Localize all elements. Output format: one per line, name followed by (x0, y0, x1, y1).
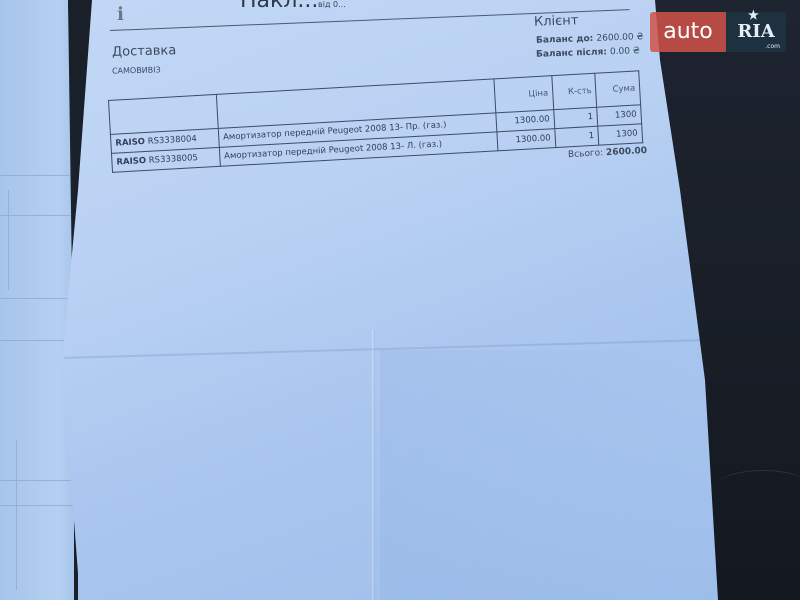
client-label: Клієнт (534, 13, 579, 30)
invoice-title: Накл... (240, 0, 318, 13)
watermark-ria-text: RIA (737, 21, 774, 42)
delivery-value: самовивіз (112, 65, 161, 75)
seat-seam (718, 470, 800, 500)
header-qty: К-сть (552, 73, 597, 109)
balance-before-value: 2600.00 ₴ (596, 32, 643, 44)
total-label: Всього: (568, 148, 604, 160)
item-sum: 1300 (598, 124, 643, 145)
balance-after-value: 0.00 ₴ (610, 46, 640, 57)
delivery-label: Доставка (112, 43, 177, 60)
item-article: RS3338004 (147, 134, 197, 147)
header-price: Ціна (494, 76, 554, 113)
balance-before: Баланс до: 2600.00 ₴ (536, 32, 644, 46)
item-brand: RAISO (115, 137, 145, 149)
item-qty: 1 (555, 126, 600, 147)
item-sum: 1300 (597, 105, 642, 126)
items-table: Ціна К-сть Сума RAISO RS3338004 Амортиза… (108, 70, 643, 173)
paper-shadow (380, 350, 700, 600)
item-article: RS3338005 (149, 153, 199, 166)
fold-crease-vertical (372, 330, 375, 600)
total-value: 2600.00 (606, 146, 647, 158)
watermark-ria: ★ RIA .com (726, 12, 786, 52)
autoria-watermark: auto ★ RIA .com (650, 12, 790, 52)
company-logo-icon: ℹ (117, 5, 129, 25)
invoice-date-fragment: від 0... (318, 0, 346, 9)
header-sum: Сума (595, 71, 640, 107)
item-qty: 1 (554, 107, 599, 128)
invoice-total: Всього: 2600.00 (568, 146, 647, 160)
balance-before-label: Баланс до: (536, 34, 594, 46)
watermark-com-text: .com (765, 43, 780, 51)
star-icon: ★ (748, 9, 759, 21)
balance-after: Баланс після: 0.00 ₴ (536, 46, 640, 60)
item-brand: RAISO (116, 156, 146, 168)
balance-after-label: Баланс після: (536, 47, 607, 59)
watermark-auto-text: auto (650, 12, 726, 52)
item-price: 1300.00 (497, 129, 556, 151)
